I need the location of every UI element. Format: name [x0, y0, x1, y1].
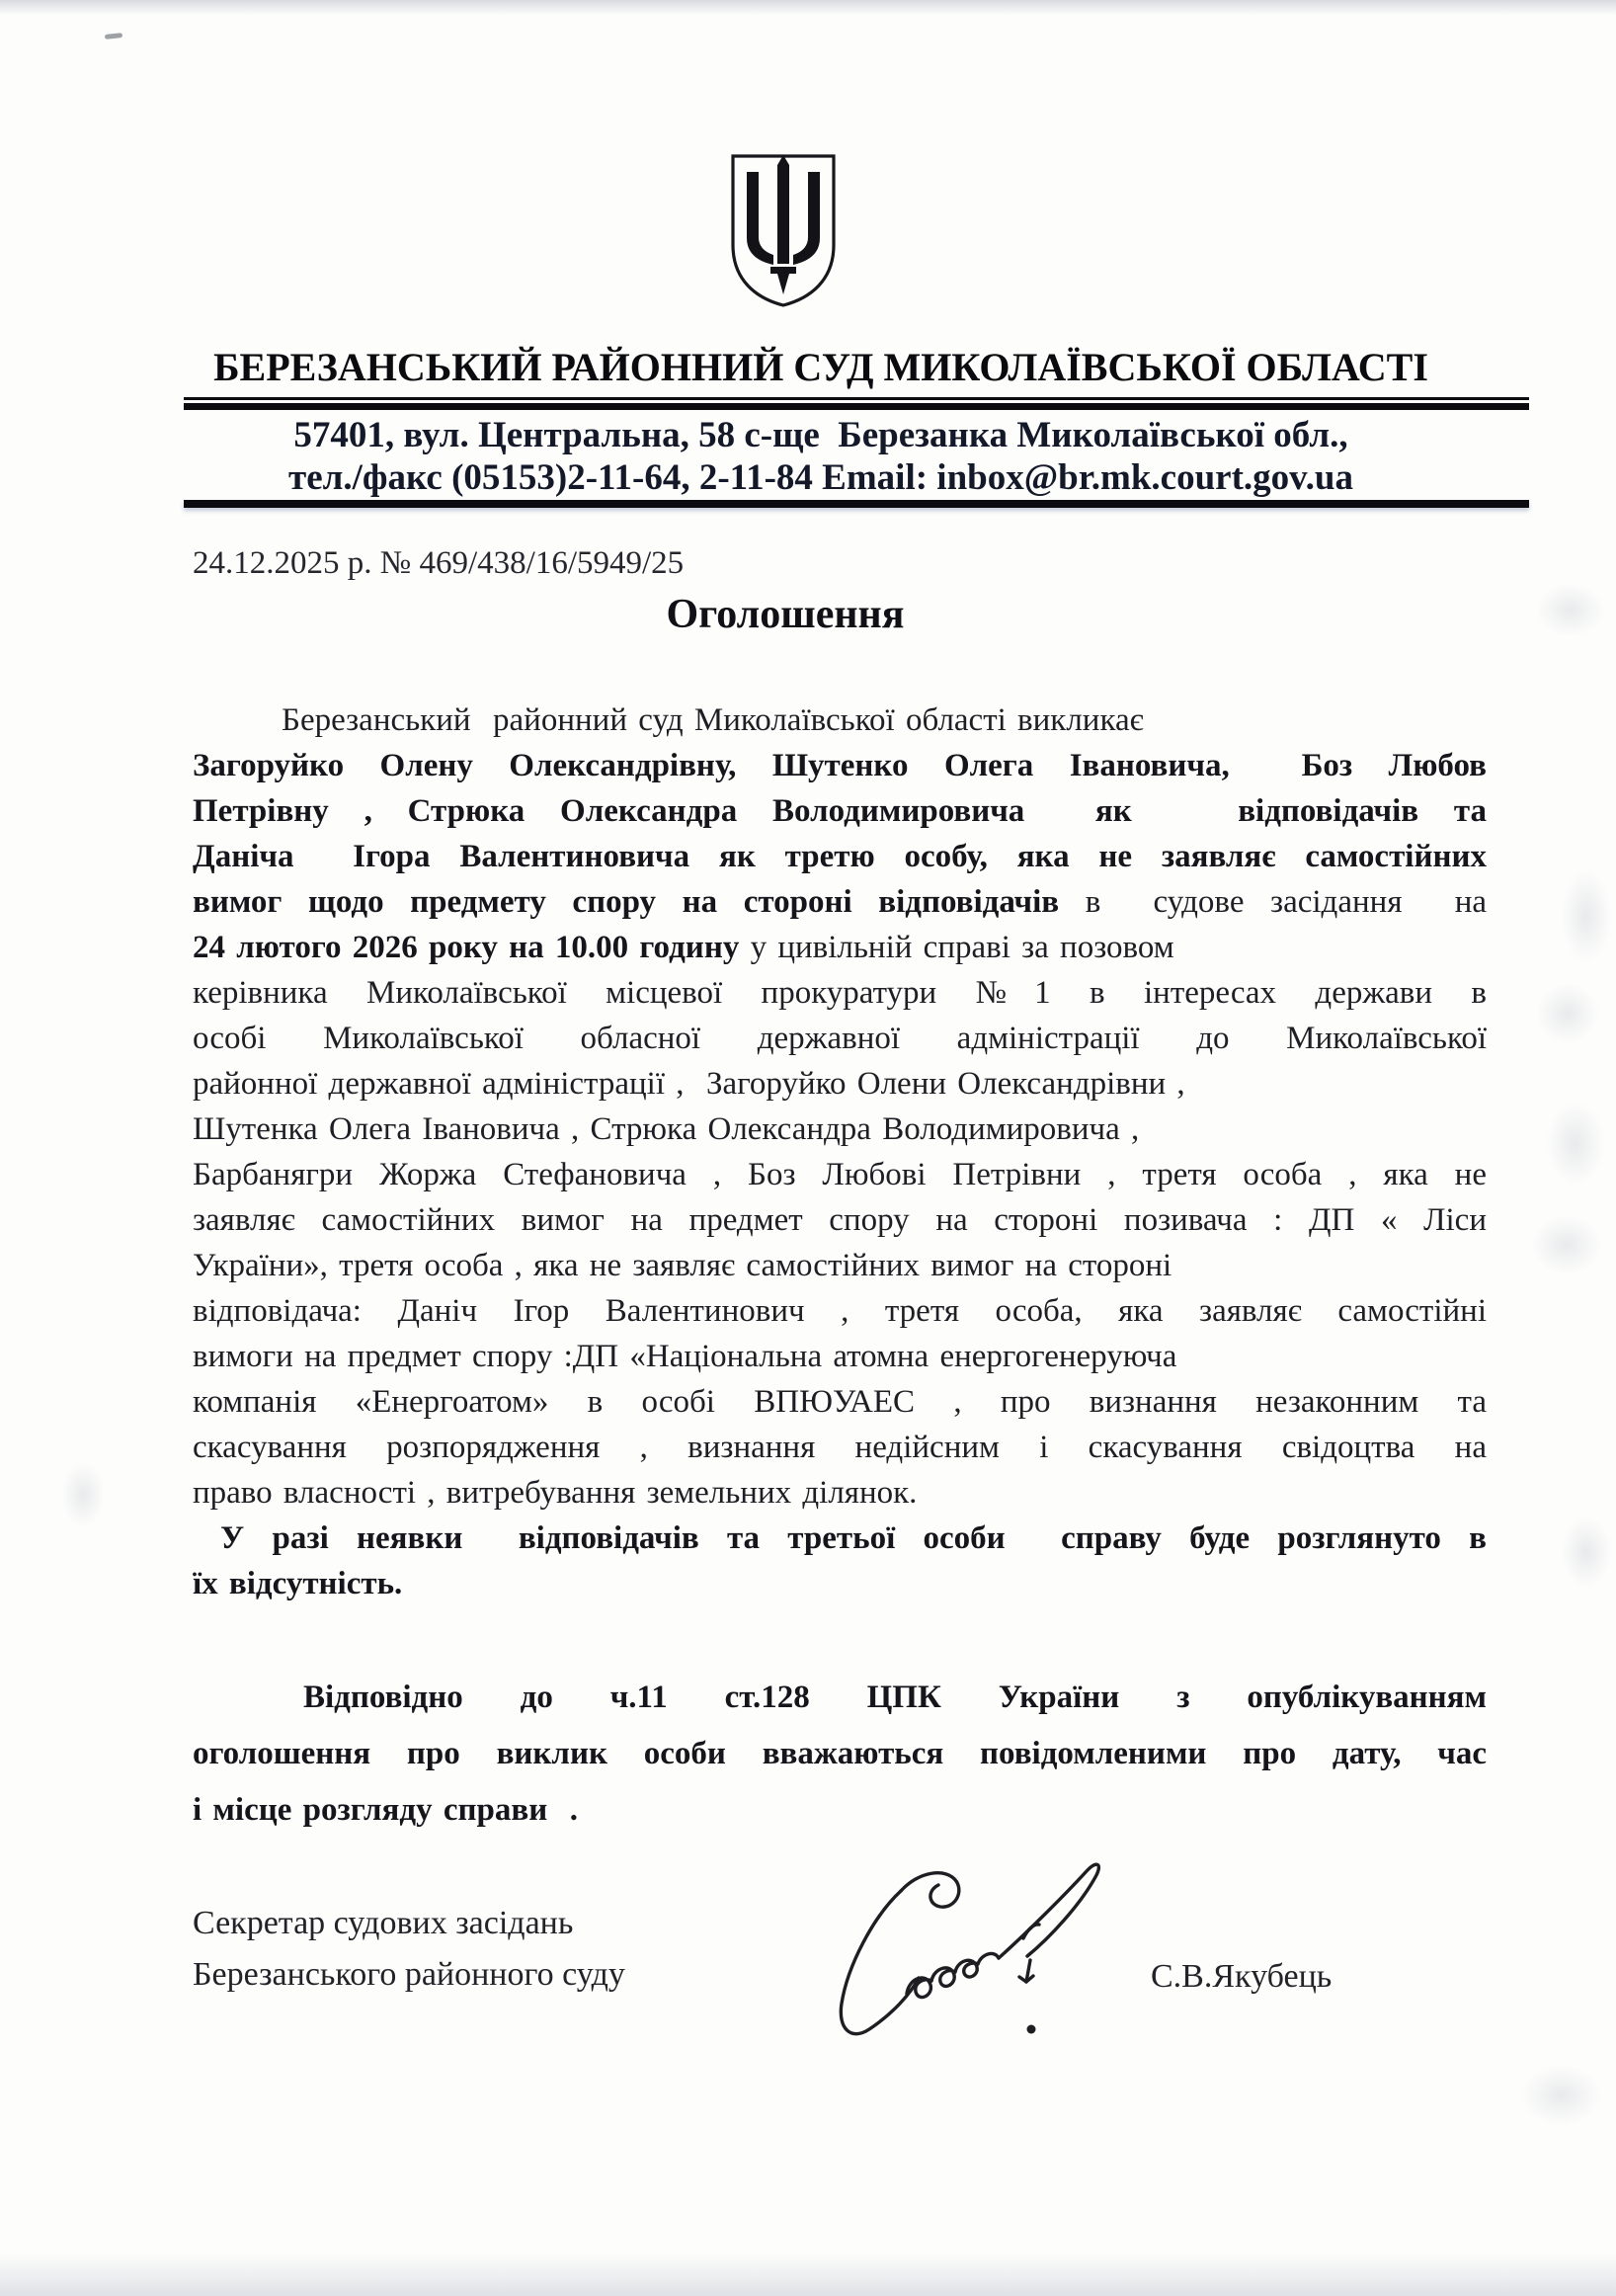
- scanned-court-document: БЕРЕЗАНСЬКИЙ РАЙОННИЙ СУД МИКОЛАЇВСЬКОЇ …: [0, 0, 1616, 2296]
- signature-icon: [790, 1830, 1126, 2067]
- bold-text-segment: Петрівну , Стрюка Олександра Володимиров…: [193, 793, 1487, 829]
- date-and-case-number: 24.12.2025 р. № 469/438/16/5949/25: [193, 545, 684, 582]
- bold-text-segment: Загоруйко Олену Олександрівну, Шутенко О…: [193, 748, 1487, 783]
- text-segment: районної державної адміністрації , Загор…: [193, 1066, 1185, 1102]
- legal-notice-paragraph: Відповідно до ч.11 ст.128 ЦПК України з …: [193, 1670, 1487, 1839]
- court-phone-email: тел./факс (05153)2-11-64, 2-11-84 Email:…: [148, 457, 1494, 499]
- bold-text-segment: 24 лютого 2026 року на 10.00 годину: [193, 930, 739, 965]
- text-line: їх відсутність.: [193, 1561, 1487, 1606]
- scan-smudge: [61, 1462, 105, 1527]
- scan-noise-bottom: [0, 2243, 1616, 2296]
- text-line: У разі неявки відповідачів та третьої ос…: [193, 1516, 1487, 1561]
- signer-name: С.В.Якубець: [1151, 1958, 1332, 1996]
- text-line: Барбанягри Жоржа Стефановича , Боз Любов…: [193, 1152, 1487, 1197]
- header-rule-thick: [184, 403, 1529, 410]
- text-line: Шутенка Олега Івановича , Стрюка Олексан…: [193, 1107, 1487, 1152]
- scan-smudge: [1561, 1517, 1612, 1588]
- court-name: БЕРЕЗАНСЬКИЙ РАЙОННИЙ СУД МИКОЛАЇВСЬКОЇ …: [148, 344, 1494, 391]
- text-segment: у цивільній справі за позовом: [739, 930, 1173, 965]
- signer-role-line2: Березанського районного суду: [193, 1949, 625, 2001]
- text-line: відповідача: Даніч Ігор Валентинович , т…: [193, 1288, 1487, 1334]
- text-segment: України», третя особа , яка не заявляє с…: [193, 1248, 1172, 1283]
- text-line: районної державної адміністрації , Загор…: [193, 1061, 1487, 1107]
- scan-smudge: [1521, 2065, 1602, 2126]
- scan-smudge: [1536, 583, 1605, 637]
- text-line: компанія «Енергоатом» в особі ВПЮУАЕС , …: [193, 1379, 1487, 1425]
- text-segment: Шутенка Олега Івановича , Стрюка Олексан…: [193, 1111, 1139, 1147]
- header-rule-thin: [184, 397, 1529, 400]
- text-line: оголошення про виклик особи вважаються п…: [193, 1726, 1487, 1782]
- bold-text-segment: і місце розгляду справи .: [193, 1792, 578, 1828]
- text-line: Загоруйко Олену Олександрівну, Шутенко О…: [193, 743, 1487, 788]
- text-line: керівника Миколаївської місцевої прокура…: [193, 970, 1487, 1016]
- bold-text-segment: У разі неявки відповідачів та третьої ос…: [220, 1520, 1487, 1556]
- text-line: вимог щодо предмету спору на стороні від…: [193, 879, 1487, 925]
- text-segment: право власності , витребування земельних…: [193, 1475, 917, 1511]
- bold-text-segment: вимог щодо предмету спору на стороні від…: [193, 884, 1059, 920]
- bold-text-segment: Відповідно до ч.11 ст.128 ЦПК України з …: [303, 1680, 1487, 1715]
- bold-text-segment: оголошення про виклик особи вважаються п…: [193, 1736, 1487, 1771]
- coat-of-arms: [728, 151, 839, 316]
- scan-smudge: [1536, 983, 1599, 1044]
- text-segment: Березанський районний суд Миколаївської …: [282, 702, 1144, 738]
- scan-artifact-dash: [105, 33, 122, 40]
- text-segment: Барбанягри Жоржа Стефановича , Боз Любов…: [193, 1157, 1487, 1192]
- text-segment: вимоги на предмет спору :ДП «Національна…: [193, 1339, 1176, 1374]
- announcement-body: Березанський районний суд Миколаївської …: [193, 697, 1487, 1606]
- court-address: 57401, вул. Центральна, 58 с-ще Березанк…: [148, 415, 1494, 456]
- text-line: особі Миколаївської обласної державної а…: [193, 1016, 1487, 1061]
- scan-smudge: [1531, 1215, 1602, 1274]
- text-line: Даніча Ігора Валентиновича як третю особ…: [193, 834, 1487, 879]
- text-line: Березанський районний суд Миколаївської …: [193, 697, 1487, 743]
- text-line: України», третя особа , яка не заявляє с…: [193, 1243, 1487, 1288]
- scan-smudge: [1546, 1102, 1605, 1186]
- text-segment: керівника Миколаївської місцевої прокура…: [193, 975, 1487, 1011]
- text-segment: компанія «Енергоатом» в особі ВПЮУАЕС , …: [193, 1384, 1487, 1420]
- text-segment: в судове засідання на: [1059, 884, 1487, 920]
- text-line: скасування розпорядження , визнання неді…: [193, 1425, 1487, 1470]
- signer-role: Секретар судових засідань Березанського …: [193, 1898, 625, 2001]
- bold-text-segment: Даніча Ігора Валентиновича як третю особ…: [193, 839, 1487, 874]
- handwritten-signature: [790, 1830, 1126, 2072]
- text-line: вимоги на предмет спору :ДП «Національна…: [193, 1334, 1487, 1379]
- text-segment: заявляє самостійних вимог на предмет спо…: [193, 1202, 1487, 1238]
- text-line: право власності , витребування земельних…: [193, 1470, 1487, 1516]
- header-rule-bottom: [184, 500, 1529, 508]
- scan-smudge: [1561, 869, 1612, 963]
- text-line: 24 лютого 2026 року на 10.00 годину у ци…: [193, 925, 1487, 970]
- text-line: Відповідно до ч.11 ст.128 ЦПК України з …: [193, 1670, 1487, 1726]
- text-line: Петрівну , Стрюка Олександра Володимиров…: [193, 788, 1487, 834]
- text-segment: відповідача: Даніч Ігор Валентинович , т…: [193, 1293, 1487, 1329]
- scan-noise-top: [0, 0, 1616, 15]
- text-segment: скасування розпорядження , визнання неді…: [193, 1430, 1487, 1465]
- document-title: Оголошення: [138, 591, 1432, 638]
- text-segment: особі Миколаївської обласної державної а…: [193, 1021, 1487, 1056]
- trident-icon: [728, 151, 839, 311]
- text-line: заявляє самостійних вимог на предмет спо…: [193, 1197, 1487, 1243]
- signer-role-line1: Секретар судових засідань: [193, 1898, 625, 1949]
- bold-text-segment: їх відсутність.: [193, 1566, 402, 1601]
